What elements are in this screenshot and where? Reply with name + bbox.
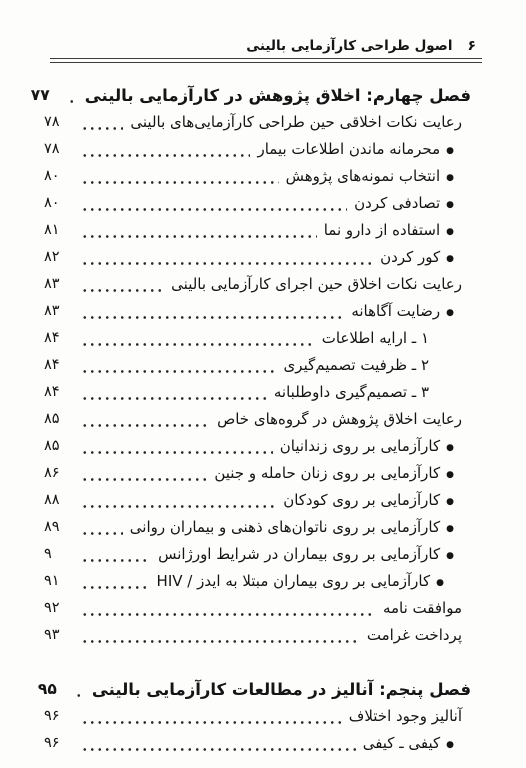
table-of-contents: ●فصل چهارم: اخلاق پژوهش در کارآزمایی بال…: [0, 63, 526, 757]
book-page: ۶ اصول طراحی کارآزمایی بالینی ●فصل چهارم…: [0, 0, 526, 768]
dot-leader: [81, 406, 210, 433]
toc-entry: ●رعایت نکات اخلاق حین اجرای کارآزمایی با…: [44, 271, 471, 298]
toc-entry-page: ۸۱: [44, 217, 74, 244]
toc-entry-text: رضایت آگاهانه: [351, 302, 440, 320]
dot-leader: [81, 433, 273, 460]
toc-entry-text: انتخاب نمونه‌های پژوهش: [286, 167, 441, 185]
toc-entry-page: ۸۶: [44, 460, 74, 487]
toc-entry-page: ۸۲: [44, 244, 74, 271]
dot-leader: [81, 730, 356, 757]
toc-entry: ●فصل پنجم: آنالیز در مطالعات کارآزمایی ب…: [44, 676, 471, 703]
dot-leader: [81, 190, 347, 217]
dot-leader: [81, 163, 279, 190]
toc-entry: ●۲ ـ ظرفیت تصمیم‌گیری ۸۴: [44, 352, 471, 379]
toc-entry-page: ۸۳: [44, 271, 74, 298]
toc-entry-text: ۳ ـ تصمیم‌گیری داوطلبانه: [274, 383, 429, 401]
dot-leader: [81, 460, 207, 487]
toc-entry-label: ●کور کردن: [380, 244, 454, 271]
toc-entry-label: ●انتخاب نمونه‌های پژوهش: [286, 163, 454, 190]
toc-entry-text: ۲ ـ ظرفیت تصمیم‌گیری: [284, 356, 429, 374]
toc-entry-label: ●رعایت نکات اخلاقی حین طراحی کارآزمایی‌ه…: [130, 109, 462, 136]
toc-entry: ●انتخاب نمونه‌های پژوهش ۸۰: [44, 163, 471, 190]
toc-entry-label: ●رعایت نکات اخلاق حین اجرای کارآزمایی با…: [171, 271, 462, 298]
toc-entry: ●کارآزمایی بر روی زنان حامله و جنین ۸۶: [44, 460, 471, 487]
toc-entry: ●آنالیز وجود اختلاف ۹۶: [44, 703, 471, 730]
dot-leader: [81, 541, 151, 568]
toc-entry-label: ●کارآزمایی بر روی بیماران در شرایط اورژا…: [158, 541, 454, 568]
toc-entry-label: ●کارآزمایی بر روی بیماران مبتلا به ایدز …: [157, 568, 444, 595]
toc-entry-label: ●رضایت آگاهانه: [351, 298, 454, 325]
toc-entry: ●کارآزمایی بر روی زندانیان ۸۵: [44, 433, 471, 460]
dot-leader: [81, 622, 360, 649]
toc-entry-page: ۸۵: [44, 406, 74, 433]
toc-entry-text: پرداخت غرامت: [367, 626, 462, 644]
bullet-icon: ●: [446, 551, 454, 561]
toc-entry-page: ۸۴: [44, 325, 74, 352]
toc-entry-text: رعایت اخلاق پژوهش در گروه‌های خاص: [217, 410, 462, 428]
toc-entry: ●پرداخت غرامت ۹۳: [44, 622, 471, 649]
toc-entry-label: ●کارآزمایی بر روی کودکان: [283, 487, 454, 514]
toc-entry-label: ●۱ ـ ارایه اطلاعات: [322, 325, 429, 352]
toc-entry-page: ۹۳: [44, 622, 74, 649]
dot-leader: [81, 568, 150, 595]
toc-entry-page: ۹۱: [44, 568, 74, 595]
toc-entry-page: ۸۹: [44, 514, 74, 541]
toc-entry-page: ۹۶: [44, 703, 74, 730]
bullet-icon: ●: [446, 254, 454, 264]
toc-entry-page: ۸۰: [44, 163, 74, 190]
dot-leader: [81, 595, 376, 622]
toc-entry-page: ۸۵: [44, 433, 74, 460]
bullet-icon: ●: [446, 524, 454, 534]
dot-leader: [81, 109, 123, 136]
dot-leader: [81, 487, 276, 514]
toc-entry: ●رعایت اخلاق پژوهش در گروه‌های خاص ۸۵: [44, 406, 471, 433]
toc-entry-page: ۸۰: [44, 190, 74, 217]
bullet-icon: ●: [446, 740, 454, 750]
running-title: اصول طراحی کارآزمایی بالینی: [246, 38, 452, 54]
bullet-icon: ●: [446, 443, 454, 453]
toc-entry: ●رضایت آگاهانه ۸۳: [44, 298, 471, 325]
bullet-icon: ●: [446, 308, 454, 318]
toc-entry-label: ●فصل چهارم: اخلاق پژوهش در کارآزمایی بال…: [85, 82, 471, 109]
toc-entry: ●کارآزمایی بر روی ناتوان‌های ذهنی و بیما…: [44, 514, 471, 541]
bullet-icon: ●: [446, 146, 454, 156]
toc-entry-label: ●پرداخت غرامت: [367, 622, 462, 649]
header-page-number: ۶: [467, 38, 476, 54]
toc-entry-text: کارآزمایی بر روی زنان حامله و جنین: [214, 464, 440, 482]
dot-leader: [81, 298, 344, 325]
toc-entry-text: کارآزمایی بر روی بیماران مبتلا به ایدز /…: [157, 572, 431, 590]
toc-entry-page: ۹۶: [44, 730, 74, 757]
toc-entry-label: ●۳ ـ تصمیم‌گیری داوطلبانه: [274, 379, 429, 406]
toc-entry-label: ●آنالیز وجود اختلاف: [349, 703, 462, 730]
toc-entry: ●۳ ـ تصمیم‌گیری داوطلبانه ۸۴: [44, 379, 471, 406]
toc-entry: ●کیفی ـ کیفی ۹۶: [44, 730, 471, 757]
toc-entry-page: ۸۸: [44, 487, 74, 514]
toc-entry-page: ۷۸: [44, 136, 74, 163]
toc-entry-label: ●موافقت نامه: [383, 595, 462, 622]
toc-entry-text: کور کردن: [380, 248, 440, 266]
toc-entry-text: کارآزمایی بر روی ناتوان‌های ذهنی و بیمار…: [130, 518, 440, 536]
toc-entry-label: ●محرمانه ماندن اطلاعات بیمار: [257, 136, 454, 163]
toc-entry-label: ●۲ ـ ظرفیت تصمیم‌گیری: [284, 352, 429, 379]
toc-entry: ●کارآزمایی بر روی بیماران مبتلا به ایدز …: [44, 568, 471, 595]
bullet-icon: ●: [446, 470, 454, 480]
dot-leader: [81, 379, 267, 406]
toc-entry-text: موافقت نامه: [383, 599, 462, 617]
toc-entry: ●موافقت نامه ۹۲: [44, 595, 471, 622]
bullet-icon: ●: [436, 578, 444, 588]
toc-entry-label: ●کیفی ـ کیفی: [363, 730, 454, 757]
toc-entry-label: ●فصل پنجم: آنالیز در مطالعات کارآزمایی ب…: [92, 676, 471, 703]
toc-entry: ●محرمانه ماندن اطلاعات بیمار ۷۸: [44, 136, 471, 163]
toc-entry-page: ۷۸: [44, 109, 74, 136]
toc-entry-text: کارآزمایی بر روی بیماران در شرایط اورژان…: [158, 545, 440, 563]
bullet-icon: ●: [446, 227, 454, 237]
toc-entry-page: ۹۵: [38, 676, 68, 703]
toc-entry-page: ۹۲: [44, 595, 74, 622]
toc-entry-text: کارآزمایی بر روی زندانیان: [280, 437, 440, 455]
toc-entry-label: ●تصادفی کردن: [354, 190, 454, 217]
toc-entry-text: ۱ ـ ارایه اطلاعات: [322, 329, 429, 347]
dot-leader: [81, 325, 315, 352]
toc-entry-text: فصل چهارم: اخلاق پژوهش در کارآزمایی بالی…: [85, 86, 471, 105]
toc-entry: ●رعایت نکات اخلاقی حین طراحی کارآزمایی‌ه…: [44, 109, 471, 136]
dot-leader: [81, 352, 277, 379]
toc-entry-text: کیفی ـ کیفی: [363, 734, 440, 752]
dot-leader: [81, 217, 317, 244]
dot-leader: [75, 676, 85, 703]
toc-entry-label: ●استفاده از دارو نما: [324, 217, 454, 244]
toc-entry: ●فصل چهارم: اخلاق پژوهش در کارآزمایی بال…: [44, 82, 471, 109]
toc-entry-page: ۸۳: [44, 298, 74, 325]
toc-entry-page: ۹: [44, 541, 74, 568]
dot-leader: [68, 82, 78, 109]
toc-entry-text: رعایت نکات اخلاقی حین طراحی کارآزمایی‌ها…: [130, 113, 462, 131]
toc-entry-label: ●کارآزمایی بر روی ناتوان‌های ذهنی و بیما…: [130, 514, 454, 541]
bullet-icon: ●: [446, 173, 454, 183]
dot-leader: [81, 703, 342, 730]
toc-entry-text: محرمانه ماندن اطلاعات بیمار: [257, 140, 440, 158]
page-header: ۶ اصول طراحی کارآزمایی بالینی: [0, 0, 526, 63]
toc-entry: ●۱ ـ ارایه اطلاعات ۸۴: [44, 325, 471, 352]
toc-entry-label: ●رعایت اخلاق پژوهش در گروه‌های خاص: [217, 406, 462, 433]
dot-leader: [81, 136, 250, 163]
toc-entry-text: تصادفی کردن: [354, 194, 440, 212]
toc-entry: ●استفاده از دارو نما ۸۱: [44, 217, 471, 244]
dot-leader: [81, 514, 123, 541]
bullet-icon: ●: [446, 497, 454, 507]
toc-entry-text: فصل پنجم: آنالیز در مطالعات کارآزمایی با…: [92, 680, 471, 699]
toc-entry-page: ۸۴: [44, 352, 74, 379]
toc-entry-label: ●کارآزمایی بر روی زندانیان: [280, 433, 454, 460]
toc-entry-page: ۸۴: [44, 379, 74, 406]
toc-entry-text: رعایت نکات اخلاق حین اجرای کارآزمایی بال…: [171, 275, 462, 293]
toc-entry: ●تصادفی کردن ۸۰: [44, 190, 471, 217]
toc-entry: ●کور کردن ۸۲: [44, 244, 471, 271]
toc-entry: ●کارآزمایی بر روی کودکان ۸۸: [44, 487, 471, 514]
toc-entry-text: آنالیز وجود اختلاف: [349, 707, 462, 725]
toc-entry-text: استفاده از دارو نما: [324, 221, 440, 239]
toc-entry-label: ●کارآزمایی بر روی زنان حامله و جنین: [214, 460, 454, 487]
running-header-line: ۶ اصول طراحی کارآزمایی بالینی: [44, 38, 476, 54]
toc-entry-text: کارآزمایی بر روی کودکان: [283, 491, 440, 509]
toc-entry-page: ۷۷: [31, 82, 61, 109]
bullet-icon: ●: [446, 200, 454, 210]
dot-leader: [81, 244, 373, 271]
dot-leader: [81, 271, 164, 298]
toc-entry: ●کارآزمایی بر روی بیماران در شرایط اورژا…: [44, 541, 471, 568]
